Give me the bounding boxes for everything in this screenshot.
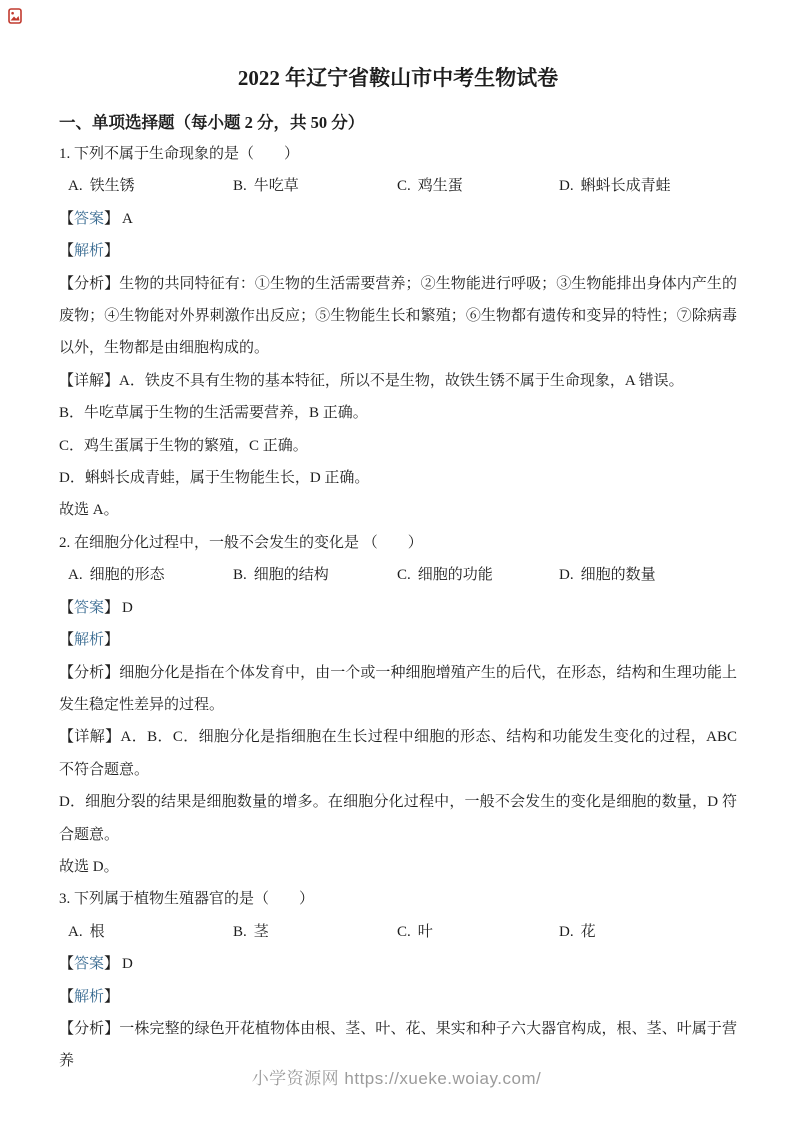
answer-label: 答案 xyxy=(74,600,104,616)
analysis-header-line: 【解析】 xyxy=(59,624,737,656)
option-a: A.根 xyxy=(68,916,233,948)
conclusion-line: 故选 A。 xyxy=(59,494,737,526)
bracket: 】 xyxy=(104,211,119,227)
option-text: 蝌蚪长成青蛙 xyxy=(581,178,671,194)
option-key: B. xyxy=(233,178,247,194)
option-d: D.花 xyxy=(559,916,737,948)
analysis-label: 解析 xyxy=(74,243,104,259)
bracket: 】 xyxy=(104,989,119,1005)
option-text: 细胞的数量 xyxy=(581,567,656,583)
option-key: C. xyxy=(397,178,411,194)
bracket: 【 xyxy=(59,956,74,972)
answer-label: 答案 xyxy=(74,211,104,227)
detail-line: C．鸡生蛋属于生物的繁殖，C 正确。 xyxy=(59,430,737,462)
analysis-label: 解析 xyxy=(74,632,104,648)
bracket: 【 xyxy=(59,989,74,1005)
page-title: 2022 年辽宁省鞍山市中考生物试卷 xyxy=(59,62,737,94)
bracket: 【 xyxy=(59,600,74,616)
detail-line: 【详解】A．铁皮不具有生物的基本特征，所以不是生物，故铁生锈不属于生命现象，A … xyxy=(59,365,737,397)
question-stem: 3. 下列属于植物生殖器官的是（ ） xyxy=(59,883,737,915)
option-key: D. xyxy=(559,178,574,194)
section-heading: 一、单项选择题（每小题 2 分，共 50 分） xyxy=(59,107,737,138)
option-text: 铁生锈 xyxy=(90,178,135,194)
question-stem: 2. 在细胞分化过程中，一般不会发生的变化是 （ ） xyxy=(59,527,737,559)
answer-line: 【答案】D xyxy=(59,948,737,980)
answer-line: 【答案】D xyxy=(59,592,737,624)
option-a: A.铁生锈 xyxy=(68,170,233,202)
bracket: 【 xyxy=(59,211,74,227)
option-b: B.茎 xyxy=(233,916,397,948)
option-key: D. xyxy=(559,924,574,940)
analysis-paragraph: 【分析】生物的共同特征有：①生物的生活需要营养；②生物能进行呼吸；③生物能排出身… xyxy=(59,268,737,365)
detail-line: 【详解】A．B．C．细胞分化是指细胞在生长过程中细胞的形态、结构和功能发生变化的… xyxy=(59,721,737,786)
option-b: B.牛吃草 xyxy=(233,170,397,202)
answer-label: 答案 xyxy=(74,956,104,972)
option-key: A. xyxy=(68,567,83,583)
option-a: A.细胞的形态 xyxy=(68,559,233,591)
bracket: 】 xyxy=(104,243,119,259)
analysis-header-line: 【解析】 xyxy=(59,981,737,1013)
option-text: 茎 xyxy=(254,924,269,940)
analysis-paragraph: 【分析】细胞分化是指在个体发育中，由一个或一种细胞增殖产生的后代，在形态，结构和… xyxy=(59,657,737,722)
option-b: B.细胞的结构 xyxy=(233,559,397,591)
analysis-label: 解析 xyxy=(74,989,104,1005)
option-text: 细胞的结构 xyxy=(254,567,329,583)
detail-line: D．细胞分裂的结果是细胞数量的增多。在细胞分化过程中，一般不会发生的变化是细胞的… xyxy=(59,786,737,851)
option-text: 鸡生蛋 xyxy=(418,178,463,194)
question-stem: 1. 下列不属于生命现象的是（ ） xyxy=(59,138,737,170)
detail-line: B．牛吃草属于生物的生活需要营养，B 正确。 xyxy=(59,397,737,429)
answer-value: D xyxy=(122,956,133,972)
bracket: 【 xyxy=(59,632,74,648)
option-text: 根 xyxy=(90,924,105,940)
option-text: 细胞的功能 xyxy=(418,567,493,583)
option-key: A. xyxy=(68,178,83,194)
bracket: 【 xyxy=(59,243,74,259)
answer-value: D xyxy=(122,600,133,616)
option-key: C. xyxy=(397,567,411,583)
watermark-footer: 小学资源网 https://xueke.woiay.com/ xyxy=(0,1064,793,1089)
option-text: 牛吃草 xyxy=(254,178,299,194)
answer-value: A xyxy=(122,211,133,227)
option-text: 细胞的形态 xyxy=(90,567,165,583)
option-text: 叶 xyxy=(418,924,433,940)
options-row: A.细胞的形态 B.细胞的结构 C.细胞的功能 D.细胞的数量 xyxy=(59,559,737,591)
option-text: 花 xyxy=(581,924,596,940)
analysis-header-line: 【解析】 xyxy=(59,235,737,267)
bracket: 】 xyxy=(104,632,119,648)
option-c: C.鸡生蛋 xyxy=(397,170,559,202)
option-c: C.细胞的功能 xyxy=(397,559,559,591)
exam-paper-page: 2022 年辽宁省鞍山市中考生物试卷 一、单项选择题（每小题 2 分，共 50 … xyxy=(0,0,793,1122)
options-row: A.根 B.茎 C.叶 D.花 xyxy=(59,916,737,948)
option-c: C.叶 xyxy=(397,916,559,948)
answer-line: 【答案】A xyxy=(59,203,737,235)
bracket: 】 xyxy=(104,600,119,616)
option-key: A. xyxy=(68,924,83,940)
option-key: B. xyxy=(233,567,247,583)
conclusion-line: 故选 D。 xyxy=(59,851,737,883)
bracket: 】 xyxy=(104,956,119,972)
options-row: A.铁生锈 B.牛吃草 C.鸡生蛋 D.蝌蚪长成青蛙 xyxy=(59,170,737,202)
option-key: B. xyxy=(233,924,247,940)
option-key: D. xyxy=(559,567,574,583)
detail-line: D．蝌蚪长成青蛙，属于生物能生长，D 正确。 xyxy=(59,462,737,494)
option-d: D.细胞的数量 xyxy=(559,559,737,591)
broken-image-icon xyxy=(8,8,22,24)
option-d: D.蝌蚪长成青蛙 xyxy=(559,170,737,202)
option-key: C. xyxy=(397,924,411,940)
document-content: 2022 年辽宁省鞍山市中考生物试卷 一、单项选择题（每小题 2 分，共 50 … xyxy=(59,62,737,1078)
